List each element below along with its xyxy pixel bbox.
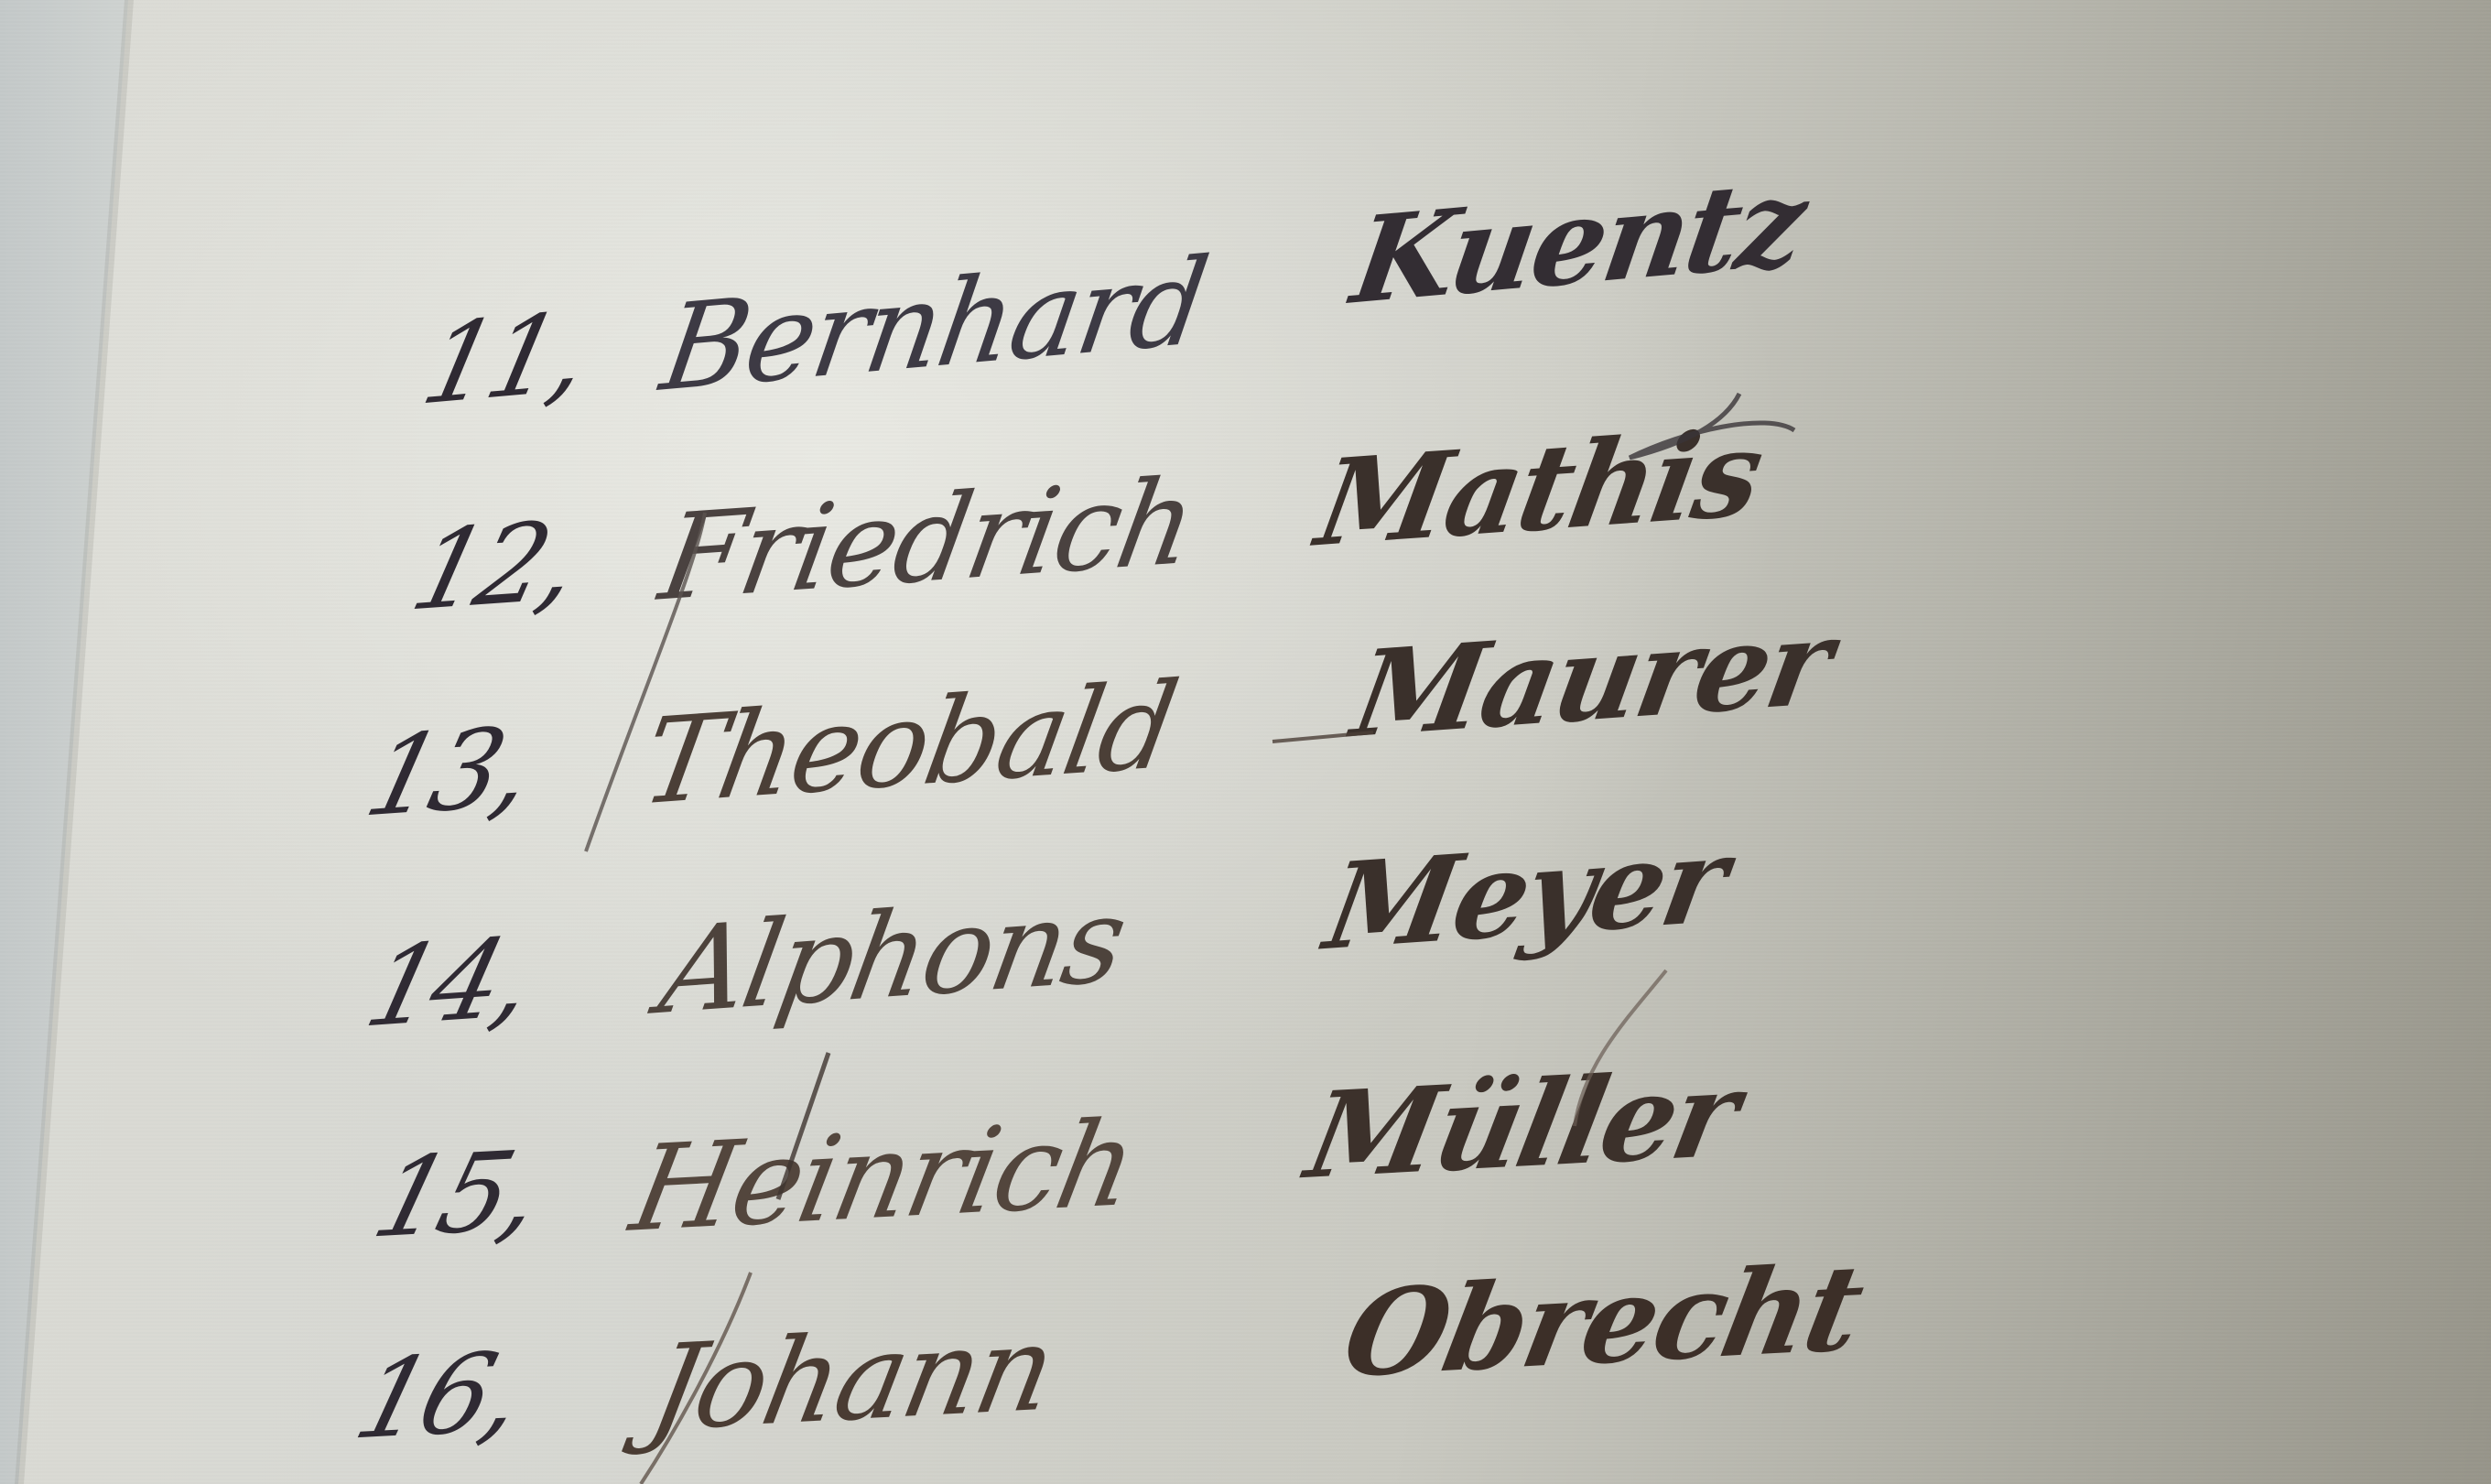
entry-first-name: Friedrich [651, 453, 1203, 629]
entry-number: 13, [354, 702, 541, 842]
entry-last-name: Kuentz [1344, 153, 1813, 331]
entry-last-name: Maurer [1344, 592, 1840, 764]
entry-last-name: Obrecht [1334, 1239, 1872, 1404]
entry-last-name: Mathis [1308, 404, 1771, 574]
name-list: 11, Bernhard Kuentz 12, Friedrich Mathis… [0, 0, 2491, 1484]
entry-first-name: Johann [640, 1300, 1064, 1458]
entry-number: 14, [354, 913, 541, 1053]
entry-number: 15, [362, 1126, 551, 1262]
entry-last-name: Meyer [1316, 810, 1735, 977]
document-photo: 11, Bernhard Kuentz 12, Friedrich Mathis… [0, 0, 2491, 1484]
entry-number: 12, [400, 496, 587, 636]
entry-first-name: Heinrich [622, 1095, 1145, 1259]
entry-first-name: Alphons [651, 871, 1133, 1041]
entry-first-name: Bernhard [653, 233, 1214, 418]
entry-number: 11, [412, 287, 597, 429]
entry-number: 16, [343, 1327, 533, 1464]
entry-last-name: Müller [1297, 1045, 1748, 1206]
entry-first-name: Theobald [633, 656, 1185, 832]
